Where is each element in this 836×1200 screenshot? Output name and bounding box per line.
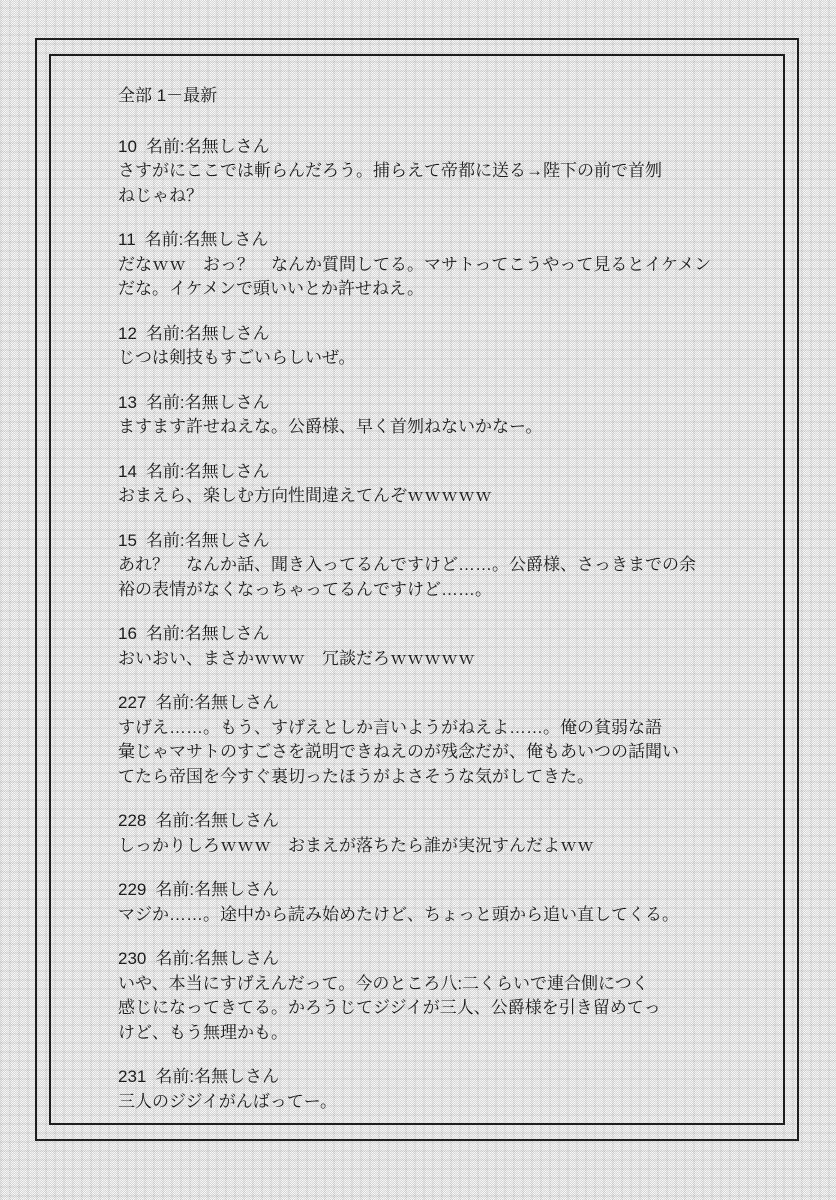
post-number: 227 bbox=[118, 693, 146, 712]
post-text-line: ねじゃね？ bbox=[118, 184, 753, 209]
post-number: 12 bbox=[118, 324, 137, 343]
post-number: 230 bbox=[118, 949, 146, 968]
post-body: あれ？ なんか話、聞き入ってるんですけど……。公爵様、さっきまでの余裕の表情がな… bbox=[118, 553, 753, 602]
post-text-line: じつは剣技もすごいらしいぜ。 bbox=[118, 346, 753, 371]
post: 229名前:名無しさん マジか……。途中から読み始めたけど、ちょっと頭から追い直… bbox=[118, 878, 753, 927]
post-author-label: 名前:名無しさん bbox=[146, 531, 270, 550]
post-text-line: けど、もう無理かも。 bbox=[118, 1021, 753, 1046]
post-text-line: あれ？ なんか話、聞き入ってるんですけど……。公爵様、さっきまでの余 bbox=[118, 553, 753, 578]
post-body: 三人のジジイがんばってー。 bbox=[118, 1090, 753, 1115]
post-author-label: 名前:名無しさん bbox=[146, 624, 270, 643]
post-author-label: 名前:名無しさん bbox=[155, 1067, 279, 1086]
post-text-line: だな。イケメンで頭いいとか許せねえ。 bbox=[118, 277, 753, 302]
post-header: 229名前:名無しさん bbox=[118, 878, 753, 903]
post: 14名前:名無しさん おまえら、楽しむ方向性間違えてんぞｗｗｗｗｗ bbox=[118, 460, 753, 509]
post: 12名前:名無しさん じつは剣技もすごいらしいぜ。 bbox=[118, 322, 753, 371]
post: 231名前:名無しさん 三人のジジイがんばってー。 bbox=[118, 1065, 753, 1114]
page-outer-frame: 全部 1－最新 10名前:名無しさん さすがにここでは斬らんだろう。捕らえて帝都… bbox=[35, 38, 799, 1141]
post-header: 13名前:名無しさん bbox=[118, 391, 753, 416]
post-number: 16 bbox=[118, 624, 137, 643]
posts: 10名前:名無しさん さすがにここでは斬らんだろう。捕らえて帝都に送る→陛下の前… bbox=[118, 135, 753, 1115]
post-author-label: 名前:名無しさん bbox=[155, 880, 279, 899]
post-text-line: いや、本当にすげえんだって。今のところ八:二くらいで連合側につく bbox=[118, 972, 753, 997]
post-body: じつは剣技もすごいらしいぜ。 bbox=[118, 346, 753, 371]
post-text-line: 感じになってきてる。かろうじてジジイが三人、公爵様を引き留めてっ bbox=[118, 996, 753, 1021]
post-header: 15名前:名無しさん bbox=[118, 529, 753, 554]
thread-page-content: 全部 1－最新 10名前:名無しさん さすがにここでは斬らんだろう。捕らえて帝都… bbox=[118, 84, 753, 1115]
post-number: 13 bbox=[118, 393, 137, 412]
post-header: 11名前:名無しさん bbox=[118, 228, 753, 253]
post-text-line: マジか……。途中から読み始めたけど、ちょっと頭から追い直してくる。 bbox=[118, 903, 753, 928]
post-header: 14名前:名無しさん bbox=[118, 460, 753, 485]
post-number: 15 bbox=[118, 531, 137, 550]
post: 230名前:名無しさん いや、本当にすげえんだって。今のところ八:二くらいで連合… bbox=[118, 947, 753, 1045]
post-body: マジか……。途中から読み始めたけど、ちょっと頭から追い直してくる。 bbox=[118, 903, 753, 928]
post-body: だなｗｗ おっ？ なんか質問してる。マサトってこうやって見るとイケメンだな。イケ… bbox=[118, 253, 753, 302]
post-number: 10 bbox=[118, 137, 137, 156]
post-author-label: 名前:名無しさん bbox=[155, 693, 279, 712]
post-header: 10名前:名無しさん bbox=[118, 135, 753, 160]
post-text-line: すげえ……。もう、すげえとしか言いようがねえよ……。俺の貧弱な語 bbox=[118, 716, 753, 741]
post-author-label: 名前:名無しさん bbox=[155, 949, 279, 968]
post-text-line: おいおい、まさかｗｗｗ 冗談だろｗｗｗｗｗ bbox=[118, 647, 753, 672]
post-header: 227名前:名無しさん bbox=[118, 691, 753, 716]
post-text-line: だなｗｗ おっ？ なんか質問してる。マサトってこうやって見るとイケメン bbox=[118, 253, 753, 278]
post: 16名前:名無しさん おいおい、まさかｗｗｗ 冗談だろｗｗｗｗｗ bbox=[118, 622, 753, 671]
post-number: 11 bbox=[118, 230, 136, 249]
post-body: しっかりしろｗｗｗ おまえが落ちたら誰が実況すんだよｗｗ bbox=[118, 834, 753, 859]
post: 10名前:名無しさん さすがにここでは斬らんだろう。捕らえて帝都に送る→陛下の前… bbox=[118, 135, 753, 209]
page-inner-frame: 全部 1－最新 10名前:名無しさん さすがにここでは斬らんだろう。捕らえて帝都… bbox=[49, 54, 785, 1125]
post-author-label: 名前:名無しさん bbox=[146, 393, 270, 412]
post-author-label: 名前:名無しさん bbox=[146, 324, 270, 343]
post-text-line: さすがにここでは斬らんだろう。捕らえて帝都に送る→陛下の前で首刎 bbox=[118, 159, 753, 184]
thread-nav: 全部 1－最新 bbox=[118, 84, 753, 109]
post-number: 228 bbox=[118, 811, 146, 830]
post-text-line: ますます許せねえな。公爵様、早く首刎ねないかなー。 bbox=[118, 415, 753, 440]
post: 228名前:名無しさん しっかりしろｗｗｗ おまえが落ちたら誰が実況すんだよｗｗ bbox=[118, 809, 753, 858]
post-author-label: 名前:名無しさん bbox=[146, 137, 270, 156]
post-text-line: しっかりしろｗｗｗ おまえが落ちたら誰が実況すんだよｗｗ bbox=[118, 834, 753, 859]
post-number: 229 bbox=[118, 880, 146, 899]
post-text-line: 裕の表情がなくなっちゃってるんですけど……。 bbox=[118, 578, 753, 603]
post-body: ますます許せねえな。公爵様、早く首刎ねないかなー。 bbox=[118, 415, 753, 440]
post-number: 231 bbox=[118, 1067, 146, 1086]
post-text-line: 三人のジジイがんばってー。 bbox=[118, 1090, 753, 1115]
post-header: 230名前:名無しさん bbox=[118, 947, 753, 972]
post-body: おいおい、まさかｗｗｗ 冗談だろｗｗｗｗｗ bbox=[118, 647, 753, 672]
post-text-line: 彙じゃマサトのすごさを説明できねえのが残念だが、俺もあいつの話聞い bbox=[118, 740, 753, 765]
post-header: 228名前:名無しさん bbox=[118, 809, 753, 834]
post-text-line: おまえら、楽しむ方向性間違えてんぞｗｗｗｗｗ bbox=[118, 484, 753, 509]
post-author-label: 名前:名無しさん bbox=[155, 811, 279, 830]
post-text-line: てたら帝国を今すぐ裏切ったほうがよさそうな気がしてきた。 bbox=[118, 765, 753, 790]
post-body: いや、本当にすげえんだって。今のところ八:二くらいで連合側につく感じになってきて… bbox=[118, 972, 753, 1046]
post-header: 231名前:名無しさん bbox=[118, 1065, 753, 1090]
post: 11名前:名無しさん だなｗｗ おっ？ なんか質問してる。マサトってこうやって見… bbox=[118, 228, 753, 302]
post-header: 12名前:名無しさん bbox=[118, 322, 753, 347]
post: 15名前:名無しさん あれ？ なんか話、聞き入ってるんですけど……。公爵様、さっ… bbox=[118, 529, 753, 603]
post: 227名前:名無しさん すげえ……。もう、すげえとしか言いようがねえよ……。俺の… bbox=[118, 691, 753, 789]
post: 13名前:名無しさん ますます許せねえな。公爵様、早く首刎ねないかなー。 bbox=[118, 391, 753, 440]
post-author-label: 名前:名無しさん bbox=[146, 462, 270, 481]
post-author-label: 名前:名無しさん bbox=[145, 230, 269, 249]
post-body: おまえら、楽しむ方向性間違えてんぞｗｗｗｗｗ bbox=[118, 484, 753, 509]
post-number: 14 bbox=[118, 462, 137, 481]
post-body: さすがにここでは斬らんだろう。捕らえて帝都に送る→陛下の前で首刎ねじゃね？ bbox=[118, 159, 753, 208]
post-body: すげえ……。もう、すげえとしか言いようがねえよ……。俺の貧弱な語彙じゃマサトのす… bbox=[118, 716, 753, 790]
post-header: 16名前:名無しさん bbox=[118, 622, 753, 647]
